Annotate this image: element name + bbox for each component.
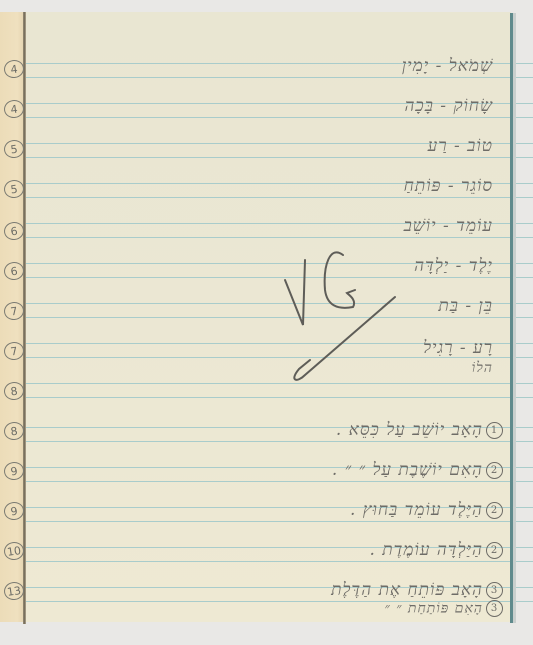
- sentence-number: 2: [486, 502, 503, 519]
- sentence: 3הָאָב פּוֹתֵחַ אֶת הַדֶּלֶת: [331, 580, 503, 600]
- rule-line: [26, 237, 533, 238]
- sentence-text: הָאִם יוֹשֶׁבֶת עַל ״ ״ .: [332, 460, 483, 480]
- rule-line: [26, 197, 533, 198]
- rule-line: [26, 117, 533, 118]
- rule-line: [26, 397, 533, 398]
- sentence: 2הָאִם יוֹשֶׁבֶת עַל ״ ״ .: [332, 460, 503, 480]
- vocab-item: סוֹגֵר - פּוֹתֵחַ: [404, 176, 493, 196]
- sentence-number: 3: [486, 582, 503, 599]
- rule-line: [26, 77, 533, 78]
- page-fold: [23, 12, 26, 624]
- vocab-item: שְׁמֹאל - יָמִין: [402, 56, 493, 76]
- binding-shadow: [513, 13, 516, 623]
- rule-line: [26, 561, 533, 562]
- vocab-item: רָע - רָגִיל: [423, 338, 493, 358]
- sentence: 2הַיַּלְדָּה עוֹמֶדֶת .: [369, 540, 503, 560]
- rule-line: [26, 441, 533, 442]
- rule-line: [26, 521, 533, 522]
- vocab-item: בֵּן - בַּת: [438, 296, 493, 316]
- vocab-item: שָׂחוֹק - בָּכָה: [404, 96, 493, 116]
- vocab-item: יֶלֶד - יַלְדָּה: [414, 256, 493, 276]
- sentence-number: 2: [486, 462, 503, 479]
- sentence: 1הָאָב יוֹשֵׁב עַל כִּסֵּא .: [336, 420, 503, 440]
- vocab-item: טוֹב - רַע: [428, 136, 493, 156]
- vocab-correction: הלוֹ: [472, 360, 493, 377]
- sentence-text: הָאָב יוֹשֵׁב עַל כִּסֵּא .: [336, 420, 483, 440]
- sentence-number: 3: [486, 600, 503, 617]
- sentence-text: הָאִם פּוֹתַחַת ״ ״: [384, 601, 483, 617]
- vocab-item: עוֹמֵד - יוֹשֵׁב: [404, 216, 493, 236]
- rule-line: [26, 481, 533, 482]
- teacher-check-mark-icon: [275, 245, 405, 385]
- sentence-number: 1: [486, 422, 503, 439]
- sentence: 2הַיֶּלֶד עוֹמֵד בַּחוּץ .: [350, 500, 503, 520]
- sentence-text: הַיַּלְדָּה עוֹמֶדֶת .: [369, 540, 483, 560]
- sentence-text: הָאָב פּוֹתֵחַ אֶת הַדֶּלֶת: [331, 580, 483, 600]
- sentence: 3הָאִם פּוֹתַחַת ״ ״: [384, 600, 503, 618]
- sentence-text: הַיֶּלֶד עוֹמֵד בַּחוּץ .: [350, 500, 483, 520]
- sentence-number: 2: [486, 542, 503, 559]
- rule-line: [26, 157, 533, 158]
